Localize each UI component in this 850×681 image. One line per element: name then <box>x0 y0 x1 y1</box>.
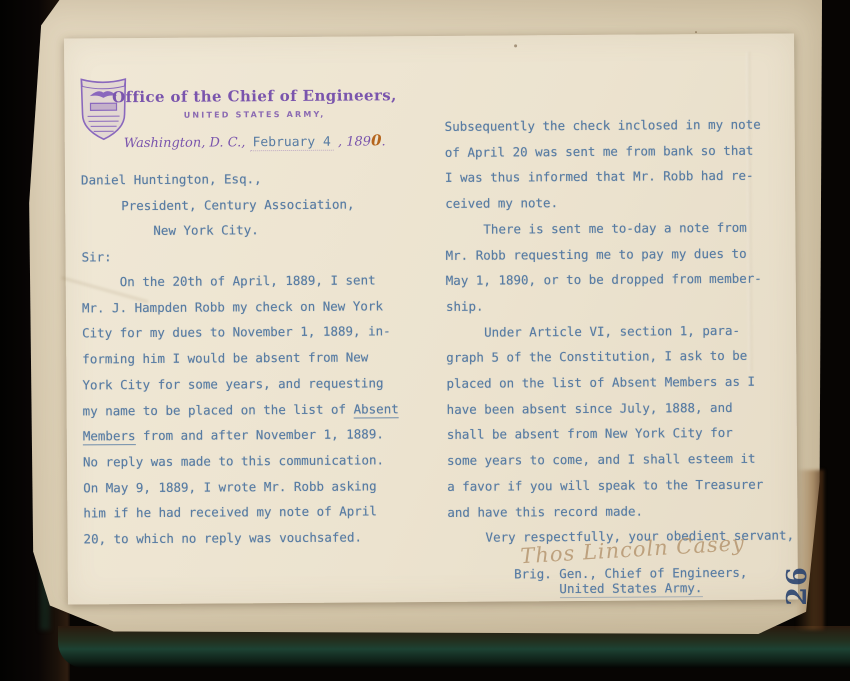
year-preprint: , 189 <box>338 134 371 149</box>
letter-text: a favor if you will speak to the Treasur… <box>447 477 763 494</box>
letter-sheet: Office of the Chief of Engineers, UNITED… <box>64 33 798 604</box>
letter-line: him if he had received my note of April <box>83 498 455 526</box>
underlined-text: Absent <box>354 401 399 418</box>
letter-text: Mr. J. Hampden Robb my check on New York <box>82 298 383 315</box>
letter-text: I was thus informed that Mr. Robb had re… <box>445 168 754 185</box>
letter-text: No reply was made to this communication. <box>83 452 384 469</box>
signature-org-text: United States Army. <box>559 580 702 598</box>
salutation: Sir: <box>82 249 112 264</box>
letter-line: shall be absent from New York City for <box>447 420 813 448</box>
typed-date: February 4 <box>250 135 334 152</box>
letter-line: No reply was made to this communication. <box>83 447 455 475</box>
letter-left-column: On the 20th of April, 1889, I sentMr. J.… <box>82 267 456 552</box>
letter-line: some years to come, and I shall esteem i… <box>447 445 813 473</box>
letter-text: forming him I would be absent from New <box>82 350 368 367</box>
paper-speck <box>695 31 697 33</box>
letter-text: my name to be placed on the list of <box>83 401 354 418</box>
letter-line: of April 20 was sent me from bank so tha… <box>445 137 811 165</box>
letter-line: placed on the list of Absent Members as … <box>446 368 812 396</box>
letter-text: some years to come, and I shall esteem i… <box>447 451 756 468</box>
letter-line: ceived my note. <box>445 188 811 216</box>
letter-text: placed on the list of Absent Members as … <box>446 374 755 391</box>
letter-line: Members from and after November 1, 1889. <box>83 421 455 449</box>
signature-org-line: United States Army. <box>448 579 814 597</box>
letter-line: forming him I would be absent from New <box>82 344 454 372</box>
letter-text: and have this record made. <box>447 503 643 519</box>
letter-text: ceived my note. <box>445 195 558 211</box>
date-period: . <box>381 134 385 149</box>
paper-speck <box>514 44 517 47</box>
letter-text: City for my dues to November 1, 1889, in… <box>82 324 391 341</box>
letter-line: Under Article VI, section 1, para- <box>446 317 812 345</box>
letter-text: shall be absent from New York City for <box>447 425 733 442</box>
letter-line: graph 5 of the Constitution, I ask to be <box>446 343 812 371</box>
addressee-title: President, Century Association, <box>121 197 354 214</box>
letter-line: and have this record made. <box>447 497 813 525</box>
letter-text: On the 20th of April, 1889, I sent <box>120 272 376 289</box>
scanned-book-page: Office of the Chief of Engineers, UNITED… <box>0 0 850 681</box>
letter-line: There is sent me to-day a note from <box>445 214 811 242</box>
letter-line: May 1, 1890, or to be dropped from membe… <box>446 266 812 294</box>
letter-line: have been absent since July, 1888, and <box>447 394 813 422</box>
letter-text: There is sent me to-day a note from <box>483 220 747 237</box>
letter-text: Mr. Robb requesting me to pay my dues to <box>446 245 747 262</box>
letter-line: City for my dues to November 1, 1889, in… <box>82 318 454 346</box>
letterhead-office-line: Office of the Chief of Engineers, <box>104 86 404 106</box>
letter-line: ship. <box>446 291 812 319</box>
letter-text: of April 20 was sent me from bank so tha… <box>445 142 754 159</box>
date-place: Washington, D. C., <box>124 135 246 151</box>
letter-line: Mr. Robb requesting me to pay my dues to <box>445 240 811 268</box>
letter-line: Mr. J. Hampden Robb my check on New York <box>82 293 454 321</box>
underlined-text: Members <box>83 428 136 445</box>
letter-text: On May 9, 1889, I wrote Mr. Robb asking <box>83 478 377 495</box>
letter-text: from and after November 1, 1889. <box>135 427 383 444</box>
addressee-name: Daniel Huntington, Esq., <box>81 171 262 187</box>
letter-line: a favor if you will speak to the Treasur… <box>447 471 813 499</box>
letterhead: Office of the Chief of Engineers, UNITED… <box>104 86 404 151</box>
letter-text: 20, to which no reply was vouchsafed. <box>83 530 362 547</box>
letter-text: him if he had received my note of April <box>83 504 377 521</box>
letter-text: Subsequently the check inclosed in my no… <box>445 117 761 134</box>
letter-right-column: Subsequently the check inclosed in my no… <box>445 111 814 550</box>
letter-text: May 1, 1890, or to be dropped from membe… <box>446 271 762 288</box>
letter-line: On May 9, 1889, I wrote Mr. Robb asking <box>83 472 455 500</box>
letter-text: ship. <box>446 299 484 314</box>
letter-text: graph 5 of the Constitution, I ask to be <box>446 348 747 365</box>
letter-text: York City for some years, and requesting <box>82 375 383 392</box>
handwritten-year-digit: 0 <box>371 131 382 149</box>
letter-line: On the 20th of April, 1889, I sent <box>82 267 454 295</box>
album-page-number: 26 <box>780 558 816 614</box>
letter-line: York City for some years, and requesting <box>82 370 454 398</box>
letterhead-army-line: UNITED STATES ARMY, <box>105 109 405 120</box>
addressee-city: New York City. <box>153 222 258 238</box>
date-line: Washington, D. C., February 4 , 1890. <box>105 131 405 151</box>
letter-line: I was thus informed that Mr. Robb had re… <box>445 163 811 191</box>
letter-line: Subsequently the check inclosed in my no… <box>445 111 811 139</box>
letter-text: have been absent since July, 1888, and <box>447 400 733 417</box>
letter-line: 20, to which no reply was vouchsafed. <box>83 524 455 552</box>
letter-line: my name to be placed on the list of Abse… <box>83 395 455 423</box>
letter-text: Under Article VI, section 1, para- <box>484 322 740 339</box>
